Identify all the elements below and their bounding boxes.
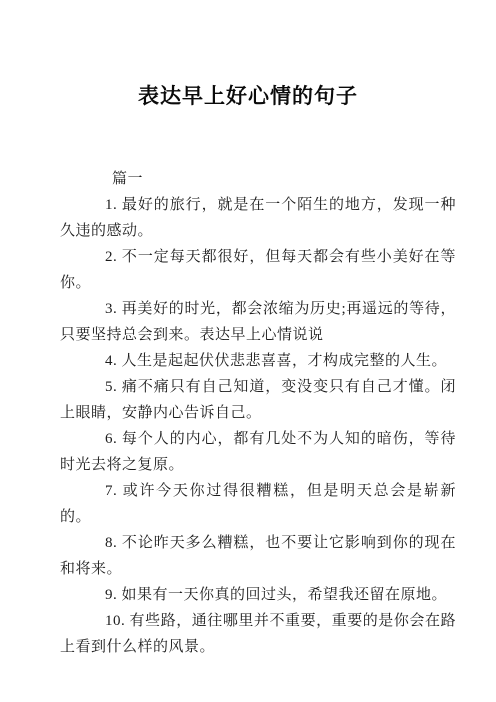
section-label: 篇一 xyxy=(60,166,456,192)
paragraph: 1. 最好的旅行，就是在一个陌生的地方，发现一种久违的感动。 xyxy=(60,192,456,244)
paragraph: 10. 有些路，通往哪里并不重要，重要的是你会在路上看到什么样的风景。 xyxy=(60,608,456,660)
document-body: 篇一 1. 最好的旅行，就是在一个陌生的地方，发现一种久违的感动。 2. 不一定… xyxy=(60,166,456,660)
paragraph: 9. 如果有一天你真的回过头，希望我还留在原地。 xyxy=(60,582,456,608)
paragraph: 3. 再美好的时光，都会浓缩为历史;再遥远的等待，只要坚持总会到来。表达早上心情… xyxy=(60,296,456,348)
paragraph: 2. 不一定每天都很好，但每天都会有些小美好在等你。 xyxy=(60,244,456,296)
paragraph: 4. 人生是起起伏伏悲悲喜喜，才构成完整的人生。 xyxy=(60,348,456,374)
paragraph: 6. 每个人的内心，都有几处不为人知的暗伤，等待时光去将之复原。 xyxy=(60,426,456,478)
document-title: 表达早上好心情的句子 xyxy=(0,0,496,110)
paragraph: 8. 不论昨天多么糟糕，也不要让它影响到你的现在和将来。 xyxy=(60,530,456,582)
document-page: 表达早上好心情的句子 篇一 1. 最好的旅行，就是在一个陌生的地方，发现一种久违… xyxy=(0,0,496,702)
paragraph: 7. 或许今天你过得很糟糕，但是明天总会是崭新的。 xyxy=(60,478,456,530)
paragraph: 5. 痛不痛只有自己知道，变没变只有自己才懂。闭上眼睛，安静内心告诉自己。 xyxy=(60,374,456,426)
